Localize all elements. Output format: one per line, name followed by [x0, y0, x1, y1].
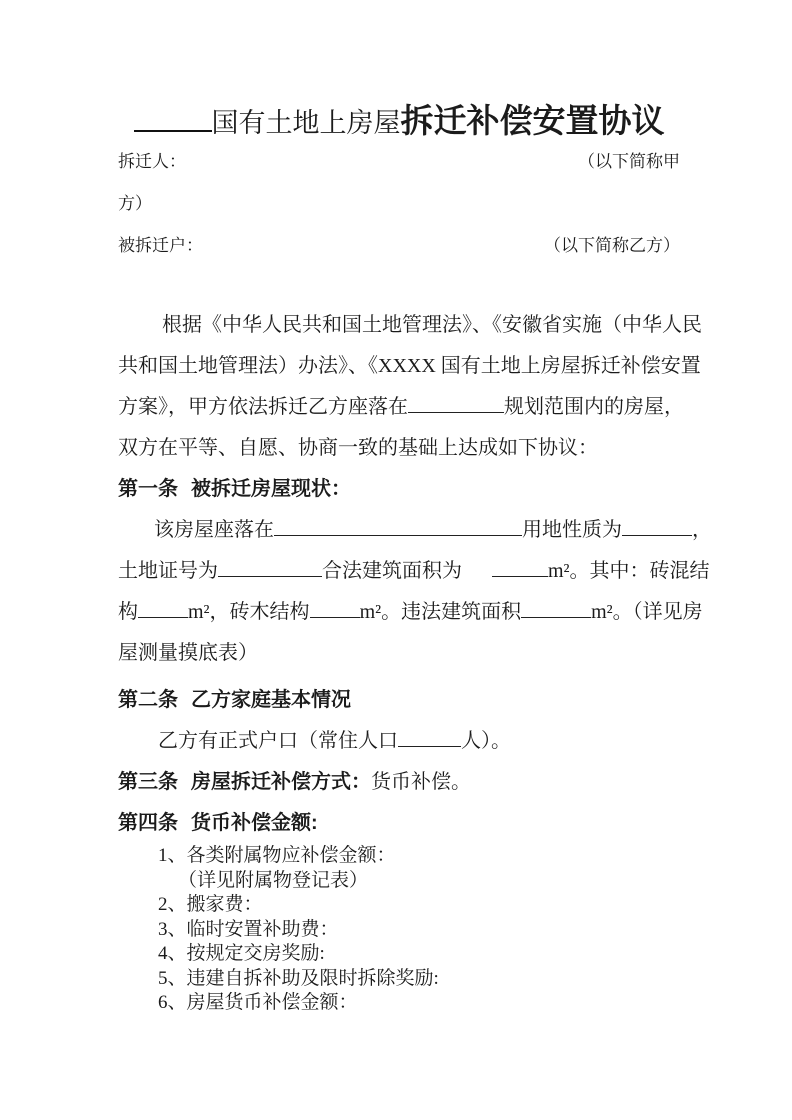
party-line: 拆迁人：（以下简称甲	[118, 141, 680, 183]
heading-number: 第三条	[118, 771, 178, 793]
text-run: 合法建筑面积为	[322, 560, 462, 582]
list-item: 3、临时安置补助费：	[118, 918, 680, 943]
text-run: 6、房屋货币补偿金额：	[158, 992, 358, 1013]
paragraph-line: 根据《中华人民共和国土地管理法》、《安徽省实施（中华人民	[118, 305, 680, 346]
text-run: m²。其中：砖混结	[548, 560, 710, 582]
paragraph-line: 共和国土地管理法）办法》、《XXXX 国有土地上房屋拆迁补偿安置	[118, 346, 680, 387]
paragraph-line: 乙方有正式户口（常住人口人）。	[118, 721, 680, 762]
title-blank-line	[134, 130, 212, 132]
text-run: （详见附属物登记表）	[178, 870, 368, 891]
document-blocks: 根据《中华人民共和国土地管理法》、《安徽省实施（中华人民共和国土地管理法）办法》…	[118, 305, 680, 1016]
text-run: 4、按规定交房奖励:	[158, 943, 325, 964]
list-item: 2、搬家费：	[118, 893, 680, 918]
paragraph-line: 屋测量摸底表）	[118, 633, 680, 674]
list-item: （详见附属物登记表）	[118, 869, 680, 894]
text-run: 人）。	[461, 730, 511, 752]
text-run: m²。（详见房	[591, 601, 703, 623]
text-run: 1、各类附属物应补偿金额：	[158, 845, 396, 866]
heading-number: 第二条	[118, 689, 178, 711]
title-text-bold: 拆迁补偿安置协议	[401, 95, 665, 142]
paragraph-line: 双方在平等、自愿、协商一致的基础上达成如下协议：	[118, 428, 680, 469]
heading-title: 房屋拆迁补偿方式：	[191, 771, 371, 793]
party-line: 方）	[118, 183, 680, 225]
party-line: 被拆迁户：（以下简称乙方）	[118, 225, 680, 267]
heading-number: 第一条	[118, 478, 178, 500]
heading-number: 第四条	[118, 812, 178, 834]
blank-field	[622, 535, 692, 536]
blank-field	[218, 576, 322, 577]
list-item: 6、房屋货币补偿金额：	[118, 991, 680, 1016]
blank-field	[521, 617, 591, 618]
heading-title: 货币补偿金额:	[191, 812, 318, 834]
blank-field	[492, 576, 548, 577]
heading-title: 乙方家庭基本情况	[191, 689, 351, 711]
text-run: 双方在平等、自愿、协商一致的基础上达成如下协议：	[118, 437, 598, 459]
text-run: 用地性质为	[522, 519, 622, 541]
section-heading: 第一条被拆迁房屋现状：	[118, 469, 680, 510]
text-run: m²。违法建筑面积	[360, 601, 522, 623]
text-run: m²，砖木结构	[188, 601, 310, 623]
paragraph-line: 构m²，砖木结构m²。违法建筑面积m²。（详见房	[118, 592, 680, 633]
title-text-regular: 国有土地上房屋	[212, 101, 401, 140]
blank-field	[310, 617, 360, 618]
section-heading: 第二条乙方家庭基本情况	[118, 680, 680, 721]
party-label: 被拆迁户：	[118, 225, 203, 267]
text-run: 乙方有正式户口（常住人口	[158, 730, 398, 752]
document-page: 国有土地上房屋拆迁补偿安置协议 拆迁人：（以下简称甲方）被拆迁户：（以下简称乙方…	[0, 0, 792, 1120]
text-run: ，	[692, 519, 712, 541]
document-title: 国有土地上房屋拆迁补偿安置协议	[118, 95, 680, 141]
text-run: 5、违建自拆补助及限时拆除奖励:	[158, 968, 439, 989]
paragraph-line: 土地证号为合法建筑面积为m²。其中：砖混结	[118, 551, 680, 592]
section-heading: 第三条房屋拆迁补偿方式：货币补偿。	[118, 762, 680, 803]
text-run: 共和国土地管理法）办法》、《XXXX 国有土地上房屋拆迁补偿安置	[118, 355, 701, 377]
text-run: 土地证号为	[118, 560, 218, 582]
list-item: 4、按规定交房奖励:	[118, 942, 680, 967]
text-run: 构	[118, 601, 138, 623]
text-run: 屋测量摸底表）	[118, 642, 258, 664]
section-heading: 第四条货币补偿金额:	[118, 803, 680, 844]
text-run: 该房屋座落在	[154, 519, 274, 541]
list-item: 1、各类附属物应补偿金额：	[118, 844, 680, 869]
party-label: 方）	[118, 183, 152, 225]
text-run: 根据《中华人民共和国土地管理法》、《安徽省实施（中华人民	[162, 314, 702, 336]
heading-title: 被拆迁房屋现状：	[191, 478, 351, 500]
blank-field	[398, 746, 461, 747]
paragraph-line: 方案》，甲方依法拆迁乙方座落在规划范围内的房屋，	[118, 387, 680, 428]
text-run: 方案》，甲方依法拆迁乙方座落在	[118, 396, 408, 418]
text-run: 3、临时安置补助费：	[158, 919, 339, 940]
list-item: 5、违建自拆补助及限时拆除奖励:	[118, 967, 680, 992]
heading-tail: 货币补偿。	[371, 771, 471, 793]
text-run: 规划范围内的房屋，	[504, 396, 684, 418]
text-run: 2、搬家费：	[158, 894, 263, 915]
party-section: 拆迁人：（以下简称甲方）被拆迁户：（以下简称乙方）	[118, 141, 680, 267]
party-label: 拆迁人：	[118, 141, 186, 183]
paragraph-line: 该房屋座落在用地性质为，	[118, 510, 680, 551]
party-shortname: （以下简称甲	[578, 141, 680, 183]
blank-field	[274, 535, 522, 536]
blank-field	[138, 617, 188, 618]
party-shortname: （以下简称乙方）	[544, 225, 680, 267]
blank-field	[408, 412, 504, 413]
